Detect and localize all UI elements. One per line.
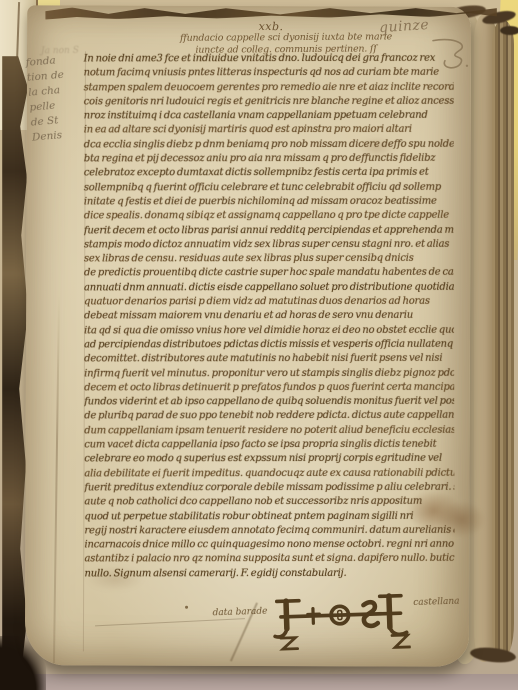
signature-row: data barade <box>212 588 470 658</box>
body-line: quatuor denarios parisi p diem vidz ad m… <box>84 295 454 310</box>
body-line: fundos viderint et ab ipso cappellano de… <box>84 395 454 410</box>
body-line: debeat missam maiorem vnu denariu et ad … <box>84 309 454 324</box>
body-line: sex libras de censu. residuas aute sex l… <box>84 252 454 267</box>
body-line: initate q festis et diei de puerbis nich… <box>84 195 454 210</box>
manuscript-page: xxb. ffundacio cappelle sci dyonisij iux… <box>25 5 471 667</box>
body-line: fuerit preditus extendiuz corporale debi… <box>84 481 454 496</box>
body-line: dum cappellaniam ipsam tenuerit residere… <box>84 423 454 438</box>
body-line: decomittet. distributores aute matutinis… <box>84 352 454 367</box>
body-line: sollempnibq q fuerint officiu celebrare … <box>84 180 454 195</box>
page-top-torn-edge <box>45 5 497 20</box>
body-line: cois genitoris nri ludouici regis et gen… <box>84 95 454 110</box>
body-line: incarnacois dnice millo cc quinquagesimo… <box>84 538 454 553</box>
body-line: celebratoz excepto dumtaxat dictis solle… <box>84 166 454 181</box>
body-line: dice spealis. donamq sibiqz et assignamq… <box>84 209 454 224</box>
body-line: astantibz i palacio nro qz nomina suppos… <box>84 552 454 567</box>
body-line: notum facimq vniusis pntes litteras insp… <box>84 66 454 81</box>
royal-monogram <box>271 590 411 656</box>
background-table-bottom <box>0 674 518 690</box>
body-line: ad percipiendas distributoes pdictas dic… <box>84 338 454 353</box>
body-line: decem et octo libras detinuerit p prefat… <box>84 381 454 396</box>
body-line: bta regina et pij decessoz aniu pro aia … <box>84 152 454 167</box>
body-line: quod ut perpetue stabilitatis robur obti… <box>84 509 454 524</box>
manuscript-photo: xxb. ffundacio cappelle sci dyonisij iux… <box>0 0 518 690</box>
body-line: nroz instituimq i dca castellania vnam c… <box>84 109 454 124</box>
body-line: celebrare eo modo q superius est expssum… <box>84 452 454 467</box>
margin-annotation: fondation dela chapellede StDenis <box>25 51 90 146</box>
body-line: regij nostri karactere eiusdem annotato … <box>84 524 454 539</box>
corner-annotation: quinze <box>379 17 430 36</box>
body-line: stampis modo dictoz annuatim vidz sex li… <box>84 238 454 253</box>
edge-chip <box>500 26 518 35</box>
body-line: alia debilitate ei fuerit impeditus. qua… <box>84 466 454 481</box>
body-line: fuerit decem et octo libras parisi annui… <box>84 223 454 238</box>
body-line: cum vacet dicta cappellania ipso facto s… <box>84 438 454 453</box>
fore-edge-page-3 <box>492 20 514 660</box>
body-line: in ea ad altare sci dyonisij martiris qu… <box>84 123 454 138</box>
body-line: nullo. Signum alsensi camerarij. F. egid… <box>84 566 454 581</box>
body-line: de pluribq parad de suo ppo tenebit nob … <box>84 409 454 424</box>
vertical-crease <box>53 295 60 663</box>
body-line: dca ecclia singlis diebz p dnm beniamq p… <box>84 138 454 153</box>
charter-body-text: In noie dni ame3 fce et indiuidue vnitat… <box>84 52 455 589</box>
signature-left-text: data barade <box>212 607 267 619</box>
signature-right-text: castellana <box>413 597 460 608</box>
body-line: infirmq fuerit vel minutus. proponitur v… <box>84 366 454 381</box>
ink-dot <box>185 606 188 609</box>
body-line: In noie dni ame3 fce et indiuidue vnitat… <box>84 52 454 67</box>
body-line: de predictis prouentibq dicte castrie su… <box>84 266 454 281</box>
body-line: stampen spalem deuocoem gerentes pro rem… <box>84 80 454 95</box>
body-line: ita qd si qua die omisso vnius hore vel … <box>84 323 454 338</box>
body-line: annuati dnm annuati. dictis eisde cappel… <box>84 281 454 296</box>
body-line: aute q nob catholici dco cappellano nob … <box>84 495 454 510</box>
